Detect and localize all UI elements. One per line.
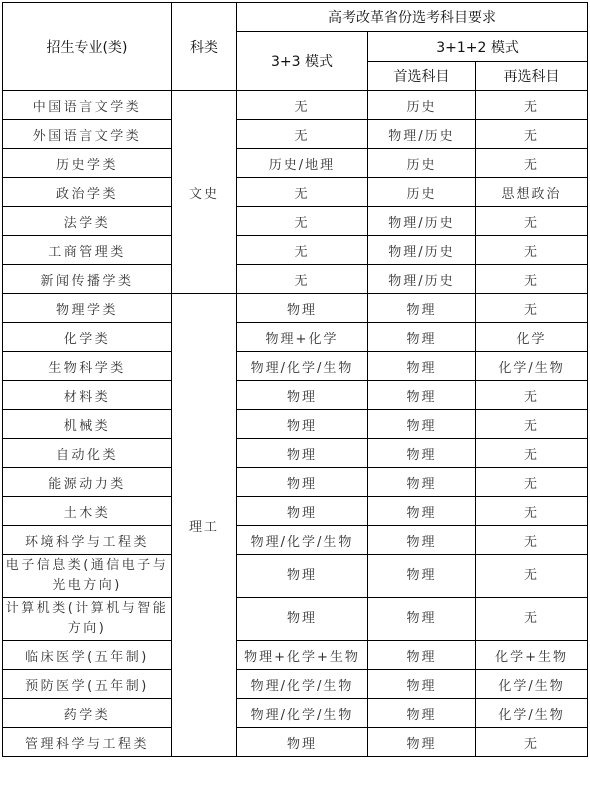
cell-first-choice: 物理: [368, 323, 476, 352]
cell-mode-33: 物理: [237, 294, 368, 323]
cell-mode-33: 物理: [237, 555, 368, 598]
cell-second-choice: 无: [476, 468, 588, 497]
cell-first-choice: 历史: [368, 149, 476, 178]
header-first-choice: 首选科目: [368, 62, 476, 91]
table-header: 招生专业(类) 科类 高考改革省份选考科目要求 3+3 模式 3+1+2 模式 …: [3, 3, 588, 91]
cell-major: 工商管理类: [3, 236, 172, 265]
cell-mode-33: 无: [237, 236, 368, 265]
cell-second-choice: 化学/生物: [476, 670, 588, 699]
cell-mode-33: 物理/化学/生物: [237, 699, 368, 728]
subject-requirements-table: 招生专业(类) 科类 高考改革省份选考科目要求 3+3 模式 3+1+2 模式 …: [2, 2, 588, 757]
cell-major: 物理学类: [3, 294, 172, 323]
cell-major: 法学类: [3, 207, 172, 236]
cell-mode-33: 物理/化学/生物: [237, 670, 368, 699]
table-row: 临床医学(五年制)物理+化学+生物物理化学+生物: [3, 641, 588, 670]
cell-second-choice: 化学/生物: [476, 699, 588, 728]
cell-major: 土木类: [3, 497, 172, 526]
header-mode-312: 3+1+2 模式: [368, 32, 588, 62]
cell-first-choice: 物理: [368, 439, 476, 468]
table-row: 工商管理类无物理/历史无: [3, 236, 588, 265]
cell-first-choice: 物理: [368, 641, 476, 670]
cell-major: 能源动力类: [3, 468, 172, 497]
cell-major: 电子信息类(通信电子与光电方向): [3, 555, 172, 598]
table-row: 法学类无物理/历史无: [3, 207, 588, 236]
header-second-choice: 再选科目: [476, 62, 588, 91]
cell-second-choice: 无: [476, 555, 588, 598]
table-row: 土木类物理物理无: [3, 497, 588, 526]
cell-major: 计算机类(计算机与智能方向): [3, 598, 172, 641]
cell-major: 历史学类: [3, 149, 172, 178]
cell-major: 材料类: [3, 381, 172, 410]
cell-mode-33: 物理: [237, 468, 368, 497]
cell-major: 预防医学(五年制): [3, 670, 172, 699]
table-row: 自动化类物理物理无: [3, 439, 588, 468]
header-reform-title: 高考改革省份选考科目要求: [237, 3, 588, 32]
cell-mode-33: 物理+化学: [237, 323, 368, 352]
cell-major: 外国语言文学类: [3, 120, 172, 149]
table-row: 物理学类理工物理物理无: [3, 294, 588, 323]
cell-first-choice: 物理: [368, 294, 476, 323]
cell-major: 化学类: [3, 323, 172, 352]
cell-second-choice: 化学/生物: [476, 352, 588, 381]
cell-second-choice: 无: [476, 149, 588, 178]
cell-second-choice: 无: [476, 294, 588, 323]
cell-first-choice: 物理/历史: [368, 265, 476, 294]
cell-mode-33: 物理: [237, 497, 368, 526]
cell-mode-33: 物理+化学+生物: [237, 641, 368, 670]
cell-mode-33: 物理: [237, 728, 368, 757]
table-row: 药学类物理/化学/生物物理化学/生物: [3, 699, 588, 728]
cell-first-choice: 物理: [368, 526, 476, 555]
table-row: 外国语言文学类无物理/历史无: [3, 120, 588, 149]
cell-second-choice: 化学+生物: [476, 641, 588, 670]
cell-major: 环境科学与工程类: [3, 526, 172, 555]
cell-second-choice: 无: [476, 728, 588, 757]
cell-second-choice: 无: [476, 236, 588, 265]
cell-first-choice: 物理/历史: [368, 120, 476, 149]
table-row: 计算机类(计算机与智能方向)物理物理无: [3, 598, 588, 641]
cell-mode-33: 无: [237, 178, 368, 207]
cell-second-choice: 无: [476, 497, 588, 526]
table-row: 新闻传播学类无物理/历史无: [3, 265, 588, 294]
table-row: 管理科学与工程类物理物理无: [3, 728, 588, 757]
cell-first-choice: 历史: [368, 178, 476, 207]
table-row: 能源动力类物理物理无: [3, 468, 588, 497]
cell-second-choice: 无: [476, 91, 588, 120]
cell-mode-33: 无: [237, 91, 368, 120]
cell-second-choice: 无: [476, 120, 588, 149]
table-row: 政治学类无历史思想政治: [3, 178, 588, 207]
table-row: 材料类物理物理无: [3, 381, 588, 410]
header-category: 科类: [172, 3, 237, 91]
cell-category: 理工: [172, 294, 237, 757]
cell-second-choice: 无: [476, 410, 588, 439]
cell-mode-33: 历史/地理: [237, 149, 368, 178]
header-row-1: 招生专业(类) 科类 高考改革省份选考科目要求: [3, 3, 588, 32]
cell-first-choice: 物理: [368, 410, 476, 439]
cell-major: 新闻传播学类: [3, 265, 172, 294]
cell-second-choice: 无: [476, 381, 588, 410]
cell-first-choice: 物理: [368, 381, 476, 410]
cell-major: 机械类: [3, 410, 172, 439]
table-row: 化学类物理+化学物理化学: [3, 323, 588, 352]
cell-second-choice: 无: [476, 265, 588, 294]
cell-mode-33: 物理: [237, 381, 368, 410]
cell-second-choice: 化学: [476, 323, 588, 352]
cell-first-choice: 物理: [368, 728, 476, 757]
cell-mode-33: 物理: [237, 598, 368, 641]
subject-requirements-table-container: 招生专业(类) 科类 高考改革省份选考科目要求 3+3 模式 3+1+2 模式 …: [2, 2, 588, 757]
cell-mode-33: 无: [237, 207, 368, 236]
cell-first-choice: 历史: [368, 91, 476, 120]
cell-first-choice: 物理/历史: [368, 236, 476, 265]
cell-first-choice: 物理/历史: [368, 207, 476, 236]
cell-mode-33: 物理/化学/生物: [237, 526, 368, 555]
cell-major: 生物科学类: [3, 352, 172, 381]
cell-second-choice: 无: [476, 439, 588, 468]
cell-first-choice: 物理: [368, 555, 476, 598]
cell-major: 政治学类: [3, 178, 172, 207]
cell-mode-33: 物理: [237, 439, 368, 468]
cell-mode-33: 无: [237, 120, 368, 149]
cell-first-choice: 物理: [368, 670, 476, 699]
cell-second-choice: 无: [476, 598, 588, 641]
cell-mode-33: 物理: [237, 410, 368, 439]
cell-first-choice: 物理: [368, 699, 476, 728]
table-body: 中国语言文学类文史无历史无外国语言文学类无物理/历史无历史学类历史/地理历史无政…: [3, 91, 588, 757]
cell-major: 临床医学(五年制): [3, 641, 172, 670]
cell-second-choice: 无: [476, 526, 588, 555]
cell-first-choice: 物理: [368, 352, 476, 381]
table-row: 电子信息类(通信电子与光电方向)物理物理无: [3, 555, 588, 598]
cell-first-choice: 物理: [368, 598, 476, 641]
cell-major: 中国语言文学类: [3, 91, 172, 120]
header-major: 招生专业(类): [3, 3, 172, 91]
cell-first-choice: 物理: [368, 497, 476, 526]
cell-mode-33: 无: [237, 265, 368, 294]
cell-major: 药学类: [3, 699, 172, 728]
cell-first-choice: 物理: [368, 468, 476, 497]
cell-second-choice: 无: [476, 207, 588, 236]
table-row: 环境科学与工程类物理/化学/生物物理无: [3, 526, 588, 555]
header-mode-33: 3+3 模式: [237, 32, 368, 91]
cell-major: 自动化类: [3, 439, 172, 468]
cell-category: 文史: [172, 91, 237, 294]
cell-mode-33: 物理/化学/生物: [237, 352, 368, 381]
table-row: 历史学类历史/地理历史无: [3, 149, 588, 178]
cell-major: 管理科学与工程类: [3, 728, 172, 757]
table-row: 预防医学(五年制)物理/化学/生物物理化学/生物: [3, 670, 588, 699]
table-row: 中国语言文学类文史无历史无: [3, 91, 588, 120]
table-row: 生物科学类物理/化学/生物物理化学/生物: [3, 352, 588, 381]
table-row: 机械类物理物理无: [3, 410, 588, 439]
cell-second-choice: 思想政治: [476, 178, 588, 207]
